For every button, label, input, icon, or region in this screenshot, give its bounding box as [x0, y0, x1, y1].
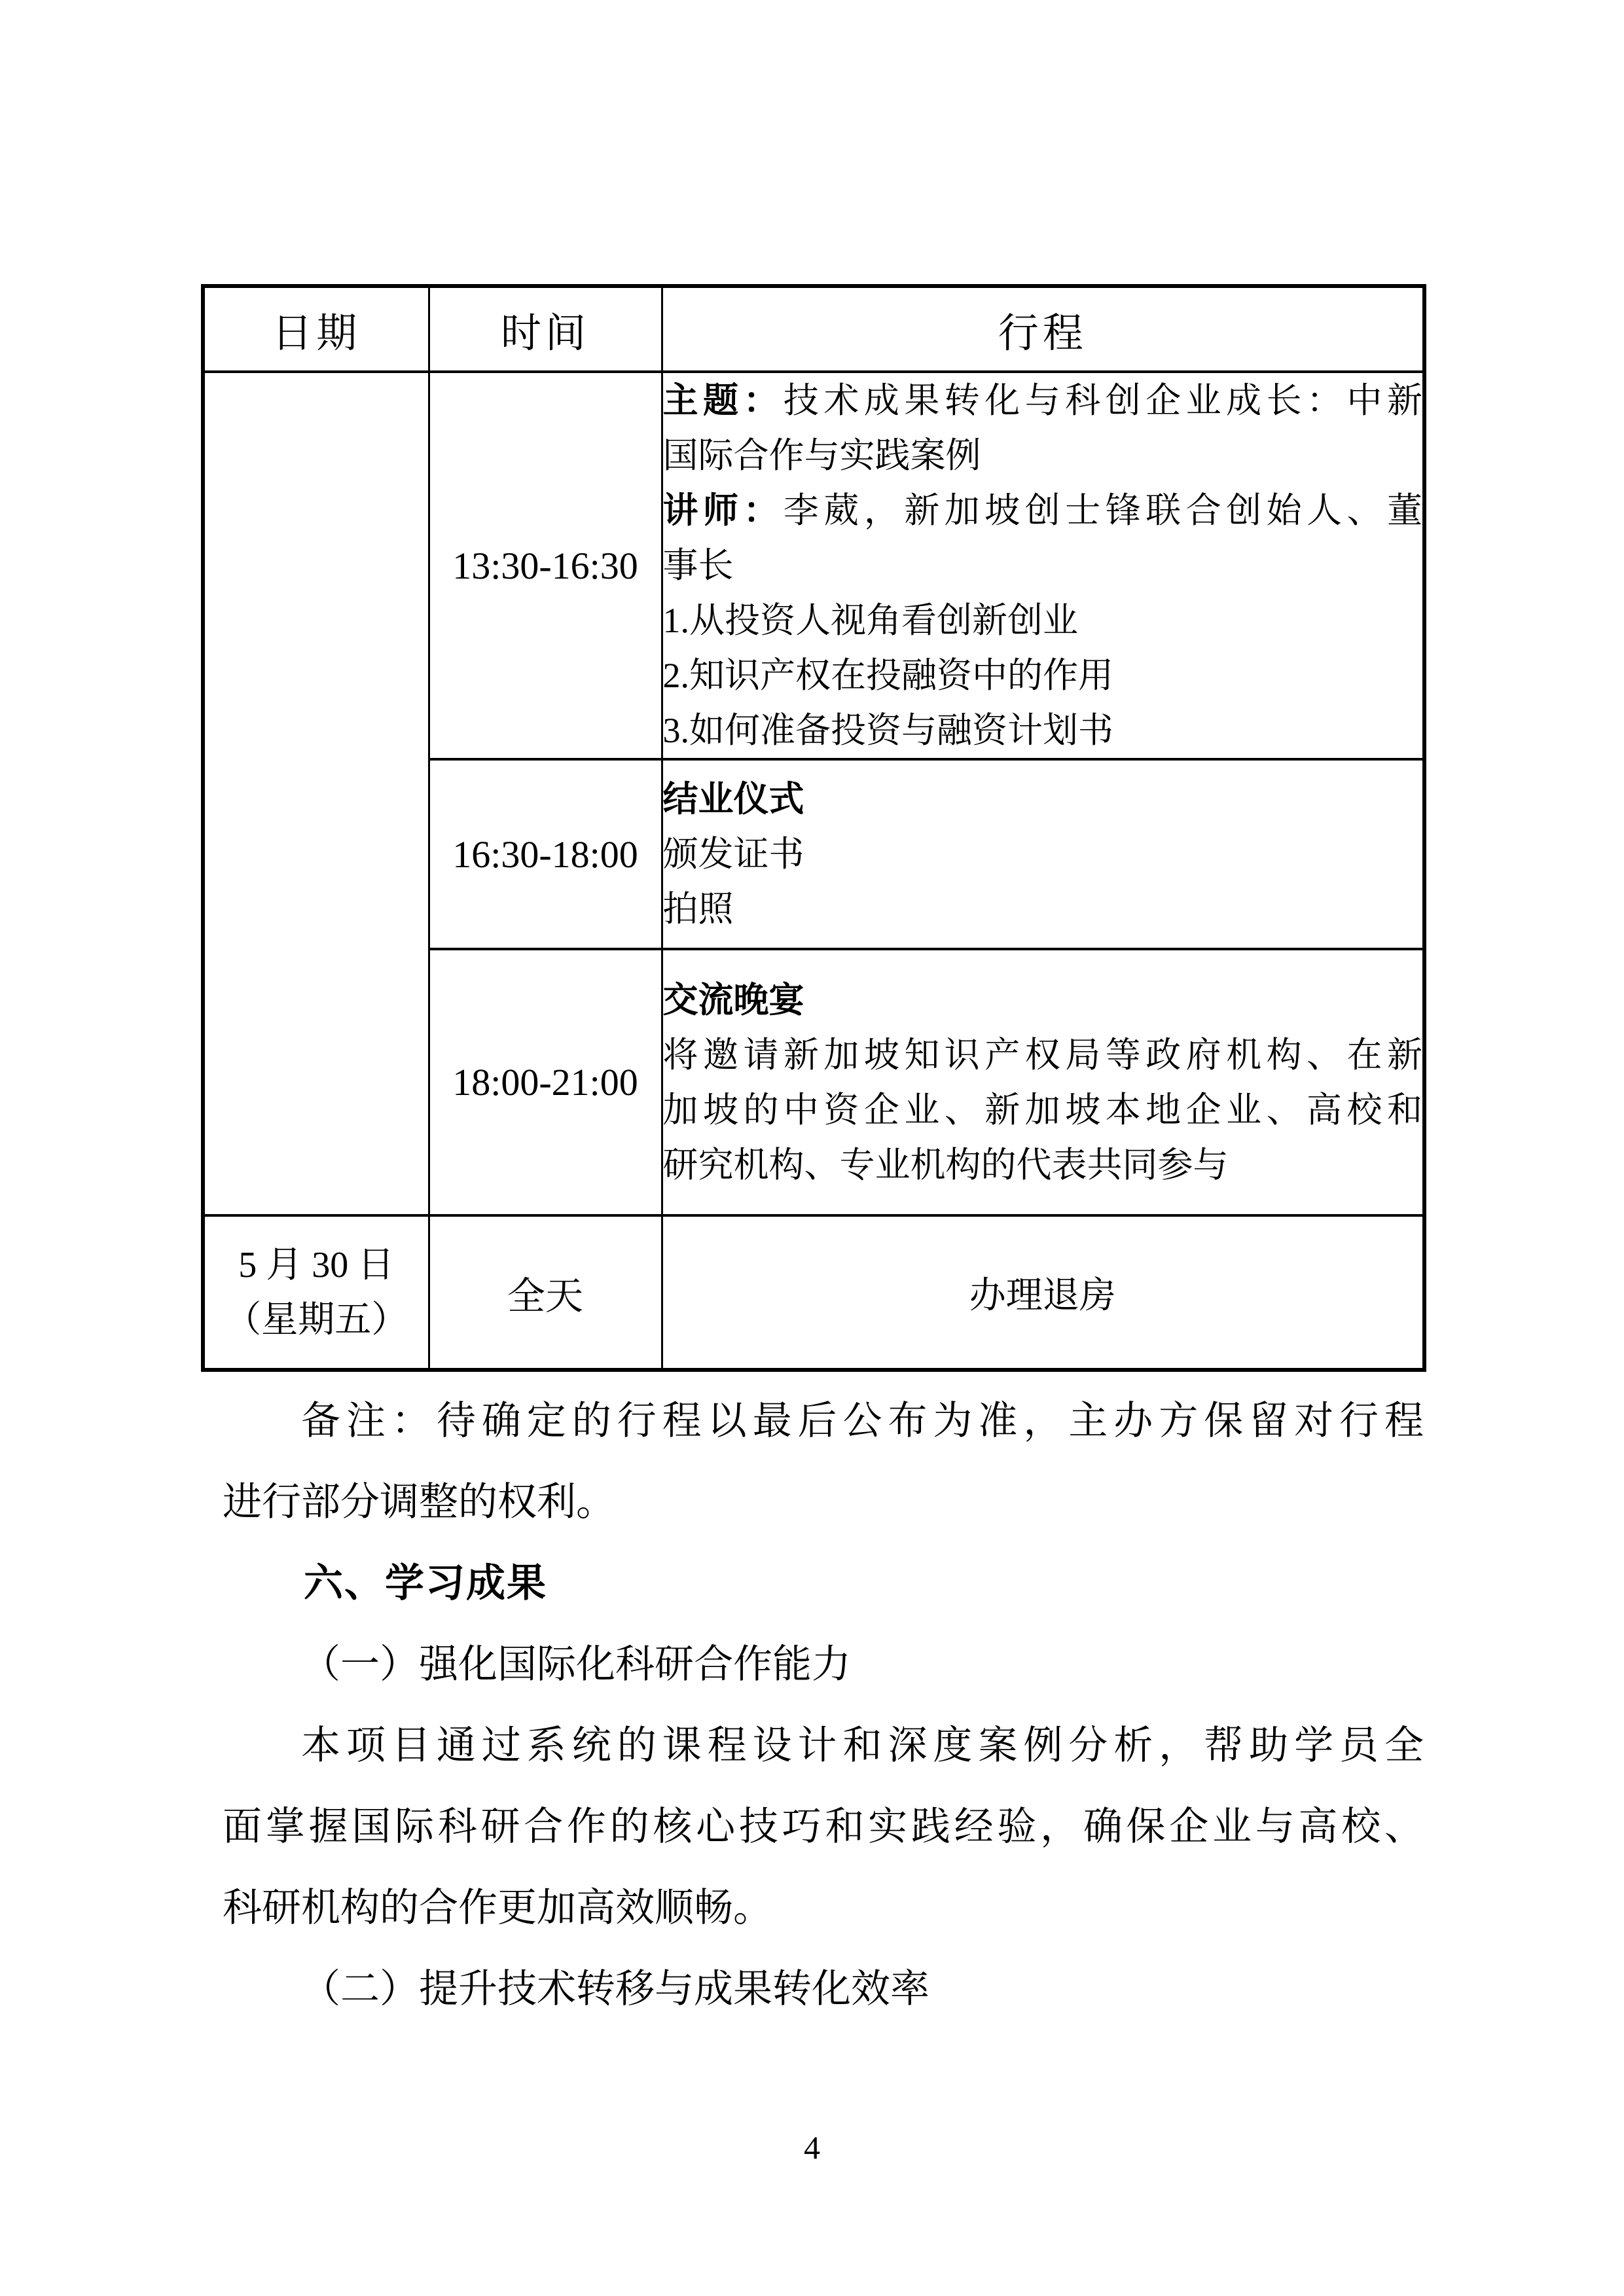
- topic-label: 主题：: [663, 381, 784, 420]
- program-line-lecturer2: 事长: [663, 538, 1423, 593]
- remark-line2: 进行部分调整的权利。: [223, 1462, 1424, 1543]
- time-cell-ceremony: 16:30-18:00: [429, 759, 662, 949]
- header-date: 日期: [203, 286, 429, 372]
- program-line-lecturer: 讲师：李葳，新加坡创士锋联合创始人、董: [663, 483, 1423, 538]
- program-line-item1: 1.从投资人视角看创新创业: [663, 593, 1423, 648]
- schedule-table: 日期 时间 行程 13:30-16:30 主题：技术成果转化与科创企业成长：中新…: [201, 284, 1426, 1372]
- program-cell-dinner: 交流晚宴 将邀请新加坡知识产权局等政府机构、在新 加坡的中资企业、新加坡本地企业…: [662, 949, 1424, 1215]
- table-row-checkout: 5 月 30 日 （星期五） 全天 办理退房: [203, 1215, 1424, 1370]
- para1-line1: 本项目通过系统的课程设计和深度案例分析，帮助学员全: [223, 1705, 1424, 1786]
- program-line-item2: 2.知识产权在投融资中的作用: [663, 648, 1423, 703]
- ceremony-line2: 颁发证书: [663, 827, 1423, 882]
- para1-line2: 面掌握国际科研合作的核心技巧和实践经验，确保企业与高校、: [223, 1786, 1424, 1867]
- program-cell-afternoon: 主题：技术成果转化与科创企业成长：中新 国际合作与实践案例 讲师：李葳，新加坡创…: [662, 372, 1424, 759]
- dinner-line3: 加坡的中资企业、新加坡本地企业、高校和: [663, 1083, 1423, 1138]
- header-time: 时间: [429, 286, 662, 372]
- para1-line3: 科研机构的合作更加高效顺畅。: [223, 1867, 1424, 1948]
- lecturer-label: 讲师：: [663, 491, 784, 530]
- table-header-row: 日期 时间 行程: [203, 286, 1424, 372]
- page-number: 4: [0, 2128, 1624, 2166]
- dinner-line4: 研究机构、专业机构的代表共同参与: [663, 1138, 1423, 1193]
- lecturer-text: 李葳，新加坡创士锋联合创始人、董: [784, 491, 1422, 530]
- ceremony-line3: 拍照: [663, 882, 1423, 937]
- checkout-date-line1: 5 月 30 日: [205, 1238, 428, 1293]
- time-cell-checkout: 全天: [429, 1215, 662, 1370]
- program-line-topic: 主题：技术成果转化与科创企业成长：中新: [663, 373, 1423, 428]
- header-program: 行程: [662, 286, 1424, 372]
- program-line-topic2: 国际合作与实践案例: [663, 428, 1423, 483]
- date-cell-checkout: 5 月 30 日 （星期五）: [203, 1215, 429, 1370]
- subheading-one: （一）强化国际化科研合作能力: [223, 1624, 1424, 1705]
- body-text-block: 备注：待确定的行程以最后公布为准，主办方保留对行程 进行部分调整的权利。 六、学…: [223, 1380, 1424, 2030]
- subheading-two: （二）提升技术转移与成果转化效率: [223, 1948, 1424, 2030]
- table-row-afternoon: 13:30-16:30 主题：技术成果转化与科创企业成长：中新 国际合作与实践案…: [203, 372, 1424, 759]
- section-heading-outcomes: 六、学习成果: [223, 1543, 1424, 1624]
- program-cell-checkout: 办理退房: [662, 1215, 1424, 1370]
- dinner-title: 交流晚宴: [663, 973, 1423, 1028]
- program-line-item3: 3.如何准备投资与融资计划书: [663, 703, 1423, 758]
- document-page: 日期 时间 行程 13:30-16:30 主题：技术成果转化与科创企业成长：中新…: [0, 0, 1624, 2296]
- ceremony-title: 结业仪式: [663, 772, 1423, 827]
- program-cell-ceremony: 结业仪式 颁发证书 拍照: [662, 759, 1424, 949]
- time-cell-dinner: 18:00-21:00: [429, 949, 662, 1215]
- time-cell-afternoon: 13:30-16:30: [429, 372, 662, 759]
- checkout-date-line2: （星期五）: [205, 1293, 428, 1348]
- date-cell-merged-empty: [203, 372, 429, 1215]
- remark-line1: 备注：待确定的行程以最后公布为准，主办方保留对行程: [223, 1380, 1424, 1462]
- topic-text: 技术成果转化与科创企业成长：中新: [784, 381, 1422, 420]
- dinner-line2: 将邀请新加坡知识产权局等政府机构、在新: [663, 1028, 1423, 1083]
